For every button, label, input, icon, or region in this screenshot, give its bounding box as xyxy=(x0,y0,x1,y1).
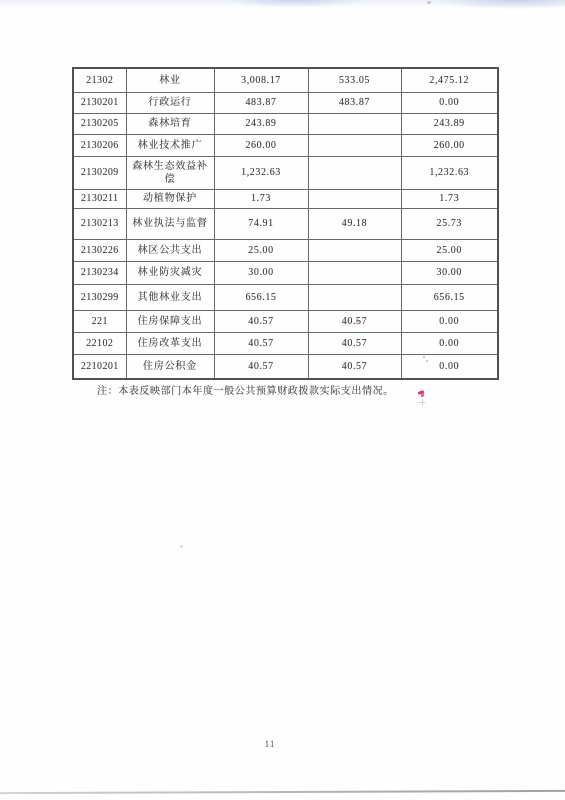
code-cell: 22102 xyxy=(73,332,126,354)
scan-speck xyxy=(427,1,431,4)
name-cell: 林业执法与监督 xyxy=(126,208,214,239)
name-cell: 住房公积金 xyxy=(126,354,214,379)
table-row: 2130206 林业技术推广 260.00 260.00 xyxy=(73,134,498,156)
table-row: 2130211 动植物保护 1.73 1.73 xyxy=(73,189,498,208)
code-cell: 2130213 xyxy=(73,208,126,239)
table-row: 2130205 森林培育 243.89 243.89 xyxy=(73,113,498,134)
amount-cell: 1.73 xyxy=(214,189,308,208)
amount-cell: 25.00 xyxy=(214,239,308,261)
name-cell: 森林培育 xyxy=(126,113,214,134)
amount-cell: 656.15 xyxy=(401,284,498,310)
amount-cell: 30.00 xyxy=(214,261,308,284)
pencil-cross-mark xyxy=(419,399,425,405)
amount-cell: 260.00 xyxy=(401,134,498,156)
name-cell: 林业 xyxy=(126,68,214,92)
amount-cell: 30.00 xyxy=(401,261,498,284)
amount-cell xyxy=(308,113,401,134)
amount-cell: 40.57 xyxy=(308,354,401,379)
code-cell: 2130201 xyxy=(73,92,126,113)
code-cell: 221 xyxy=(73,310,126,332)
amount-cell: 74.91 xyxy=(214,208,308,239)
red-ink-speck xyxy=(356,320,359,322)
document-page: 21302 林业 3,008.17 533.05 2,475.12 213020… xyxy=(0,0,565,800)
pink-scan-speck xyxy=(180,545,183,548)
name-cell: 林业技术推广 xyxy=(126,134,214,156)
code-cell: 2130209 xyxy=(73,156,126,189)
code-cell: 2210201 xyxy=(73,354,126,379)
name-cell: 住房保障支出 xyxy=(126,310,214,332)
amount-cell: 0.00 xyxy=(401,354,498,379)
page-number: 11 xyxy=(258,739,282,749)
name-cell: 森林生态效益补偿 xyxy=(126,156,214,189)
amount-cell: 260.00 xyxy=(214,134,308,156)
scan-edge-top-spot xyxy=(438,0,565,9)
name-cell: 林业防灾减灾 xyxy=(126,261,214,284)
table-row: 22102 住房改革支出 40.57 40.57 0.00 xyxy=(73,332,498,354)
amount-cell: 0.00 xyxy=(401,332,498,354)
table-row: 2130234 林业防灾减灾 30.00 30.00 xyxy=(73,261,498,284)
amount-cell: 49.18 xyxy=(308,208,401,239)
amount-cell: 25.73 xyxy=(401,208,498,239)
table-row: 2210201 住房公积金 40.57 40.57 0.00 xyxy=(73,354,498,379)
scan-edge-top-spot xyxy=(228,0,363,7)
amount-cell: 3,008.17 xyxy=(214,68,308,92)
code-cell: 2130205 xyxy=(73,113,126,134)
code-cell: 2130206 xyxy=(73,134,126,156)
scan-edge-bottom xyxy=(0,790,565,794)
amount-cell: 1,232.63 xyxy=(214,156,308,189)
amount-cell: 40.57 xyxy=(308,332,401,354)
amount-cell: 0.00 xyxy=(401,92,498,113)
table-row: 2130226 林区公共支出 25.00 25.00 xyxy=(73,239,498,261)
red-ink-specks xyxy=(423,356,431,364)
amount-cell: 483.87 xyxy=(308,92,401,113)
expenditure-table: 21302 林业 3,008.17 533.05 2,475.12 213020… xyxy=(72,67,499,380)
amount-cell: 243.89 xyxy=(401,113,498,134)
amount-cell xyxy=(308,156,401,189)
amount-cell: 656.15 xyxy=(214,284,308,310)
table-row: 2130299 其他林业支出 656.15 656.15 xyxy=(73,284,498,310)
table-row: 221 住房保障支出 40.57 40.57 0.00 xyxy=(73,310,498,332)
code-cell: 2130299 xyxy=(73,284,126,310)
amount-cell: 25.00 xyxy=(401,239,498,261)
name-cell: 住房改革支出 xyxy=(126,332,214,354)
amount-cell xyxy=(308,239,401,261)
table-row: 2130209 森林生态效益补偿 1,232.63 1,232.63 xyxy=(73,156,498,189)
amount-cell xyxy=(308,189,401,208)
amount-cell: 40.57 xyxy=(214,310,308,332)
amount-cell: 533.05 xyxy=(308,68,401,92)
amount-cell xyxy=(308,261,401,284)
code-cell: 21302 xyxy=(73,68,126,92)
amount-cell xyxy=(308,134,401,156)
amount-cell: 1,232.63 xyxy=(401,156,498,189)
name-cell: 其他林业支出 xyxy=(126,284,214,310)
name-cell: 行政运行 xyxy=(126,92,214,113)
amount-cell: 2,475.12 xyxy=(401,68,498,92)
table-footnote: 注：本表反映部门本年度一般公共预算财政拨款实际支出情况。 xyxy=(97,382,394,397)
code-cell: 2130234 xyxy=(73,261,126,284)
amount-cell: 0.00 xyxy=(401,310,498,332)
table-row: 2130201 行政运行 483.87 483.87 0.00 xyxy=(73,92,498,113)
amount-cell: 40.57 xyxy=(214,354,308,379)
name-cell: 动植物保护 xyxy=(126,189,214,208)
amount-cell xyxy=(308,284,401,310)
name-cell: 林区公共支出 xyxy=(126,239,214,261)
amount-cell: 40.57 xyxy=(214,332,308,354)
code-cell: 2130211 xyxy=(73,189,126,208)
code-cell: 2130226 xyxy=(73,239,126,261)
table-row: 2130213 林业执法与监督 74.91 49.18 25.73 xyxy=(73,208,498,239)
table-row: 21302 林业 3,008.17 533.05 2,475.12 xyxy=(73,68,498,92)
amount-cell: 40.57 xyxy=(308,310,401,332)
red-ink-mark xyxy=(417,390,427,398)
amount-cell: 243.89 xyxy=(214,113,308,134)
amount-cell: 1.73 xyxy=(401,189,498,208)
amount-cell: 483.87 xyxy=(214,92,308,113)
